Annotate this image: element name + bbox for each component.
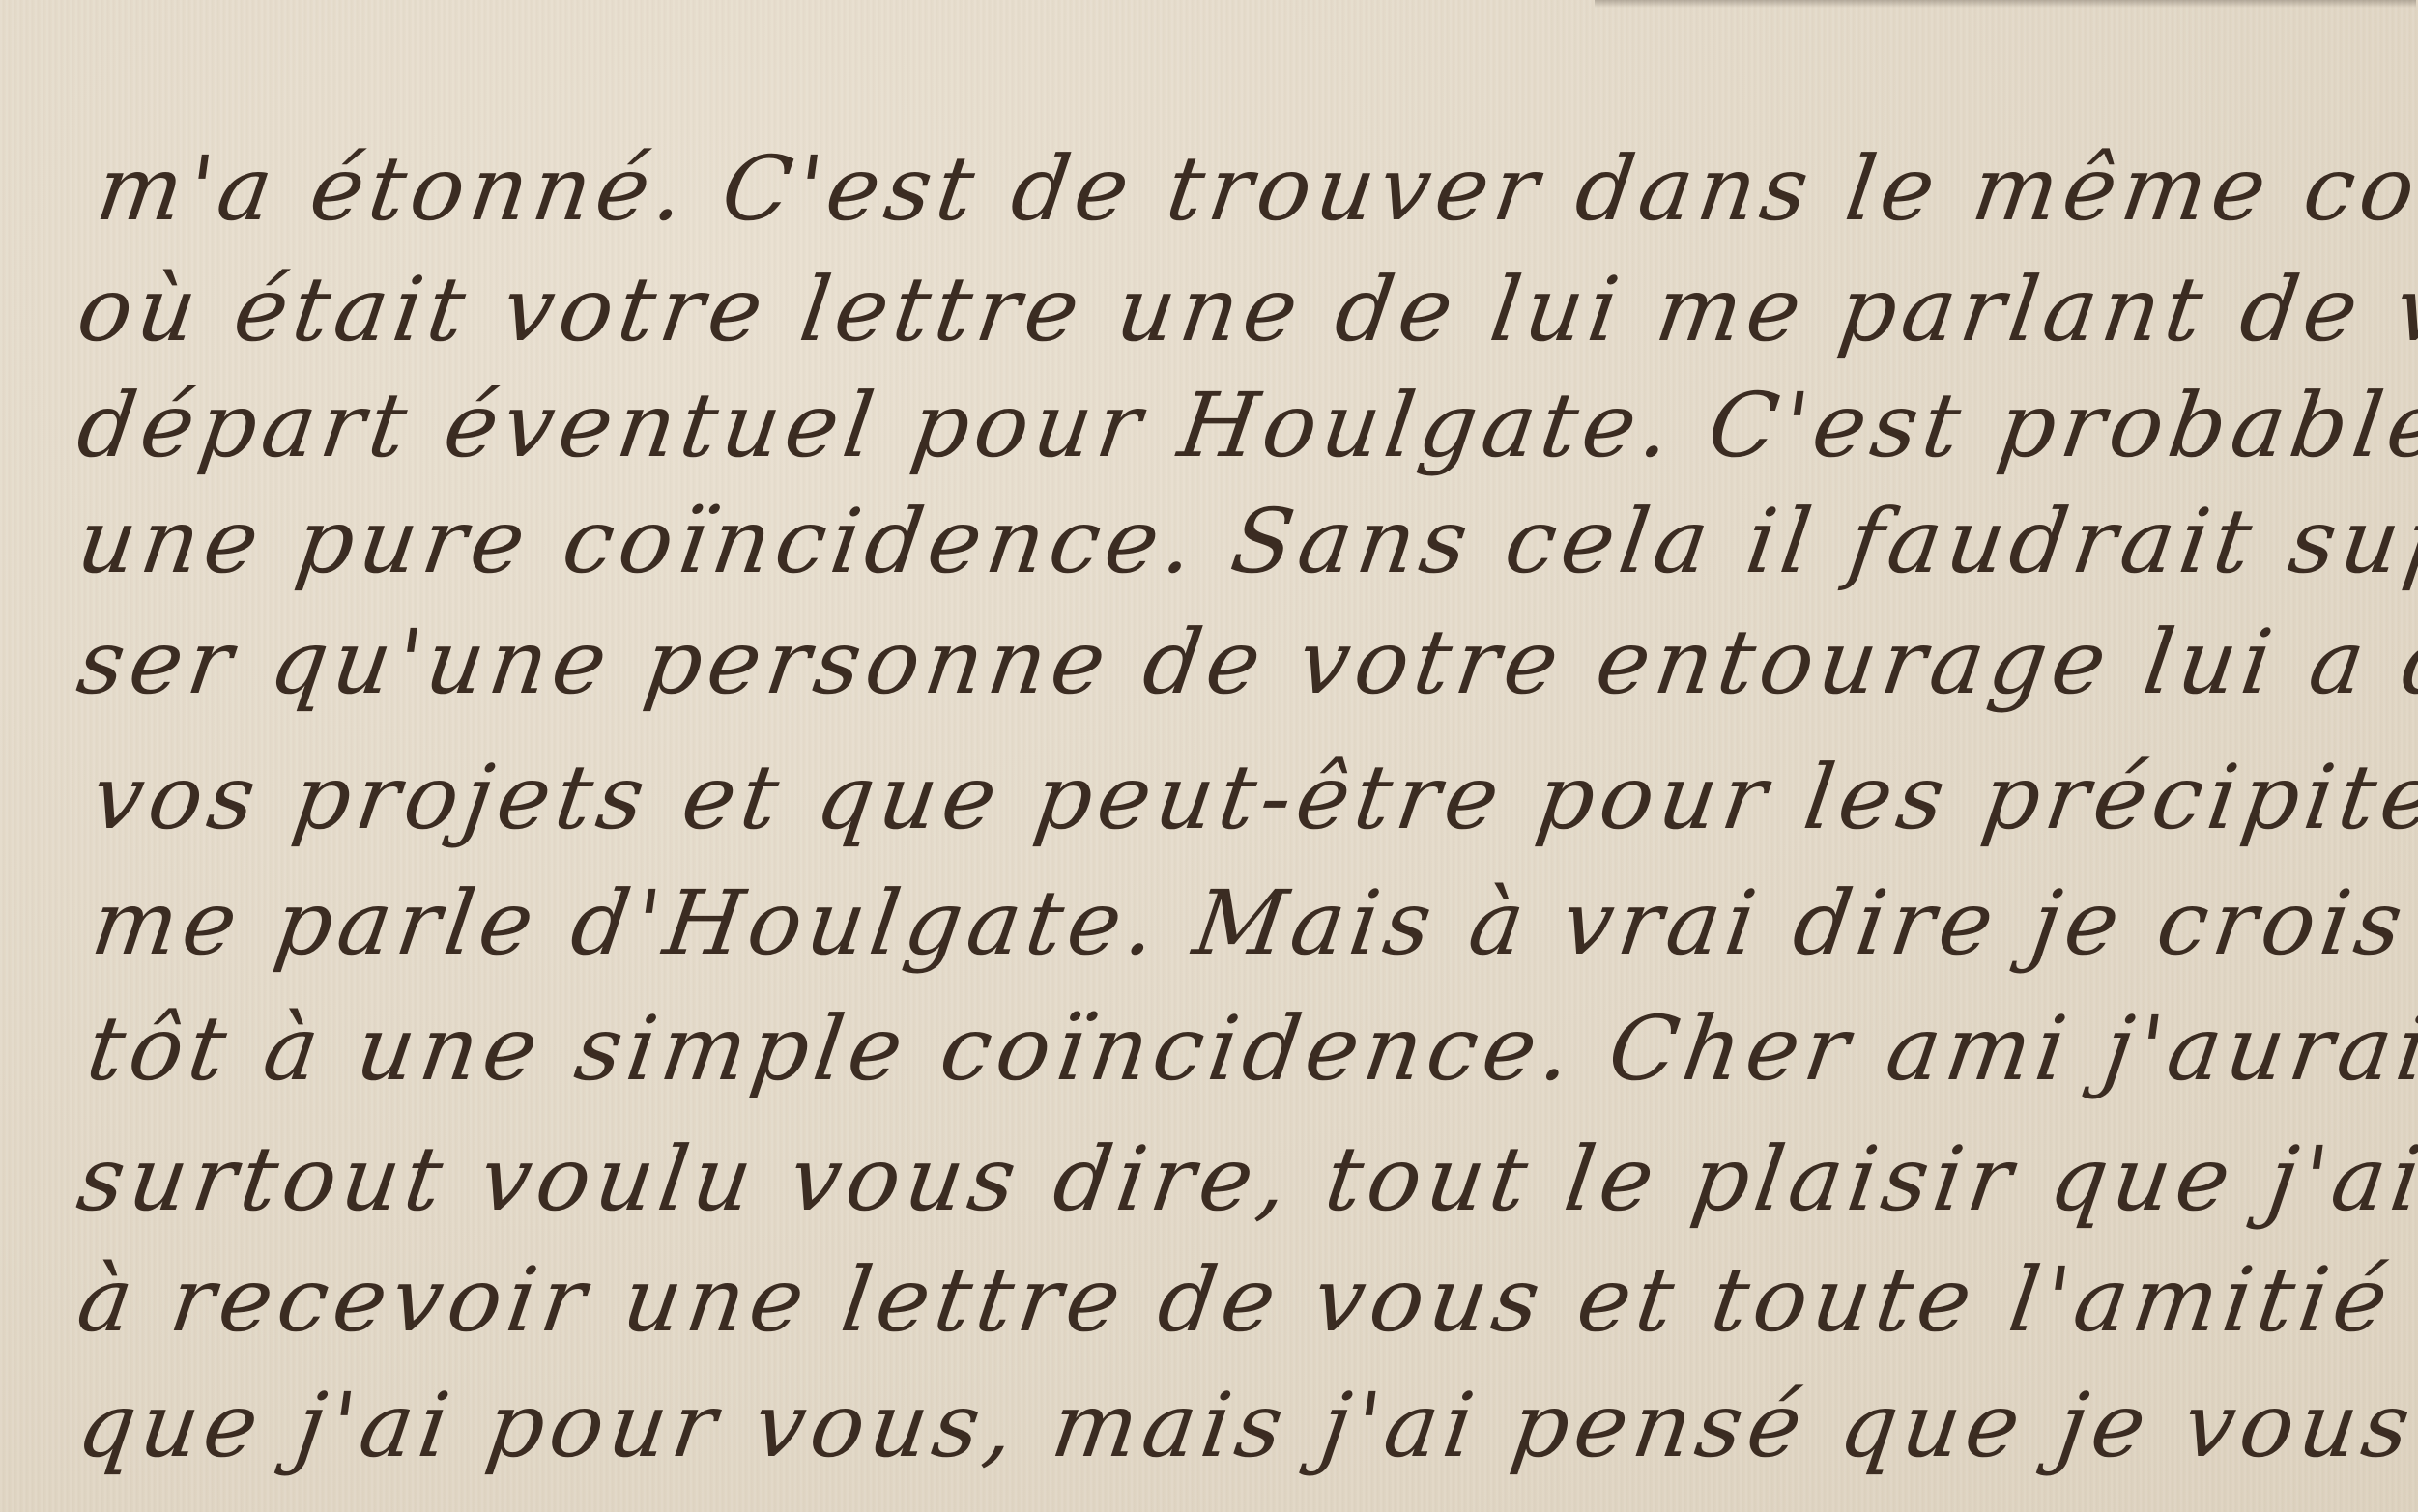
letter-line-6: vos projets et que peut-être pour les pr…	[87, 754, 2418, 842]
letter-line-11: que j'ai pour vous, mais j'ai pensé que …	[72, 1382, 2418, 1470]
paper-top-edge	[1595, 0, 2416, 8]
letter-line-1: m'a étonné. C'est de trouver dans le mêm…	[92, 145, 2418, 234]
letter-line-8: tôt à une simple coïncidence. Cher ami j…	[82, 1005, 2418, 1094]
letter-line-3: départ éventuel pour Houlgate. C'est pro…	[72, 382, 2418, 471]
letter-line-7: me parle d'Houlgate. Mais à vrai dire je…	[87, 879, 2418, 968]
letter-line-4: une pure coïncidence. Sans cela il faudr…	[72, 498, 2418, 586]
letter-line-9: surtout voulu vous dire, tout le plaisir…	[72, 1135, 2418, 1224]
letter-line-5: ser qu'une personne de votre entourage l…	[72, 618, 2418, 707]
letter-line-2: où était votre lettre une de lui me parl…	[72, 266, 2418, 355]
letter-line-10: à recevoir une lettre de vous et toute l…	[72, 1256, 2399, 1345]
